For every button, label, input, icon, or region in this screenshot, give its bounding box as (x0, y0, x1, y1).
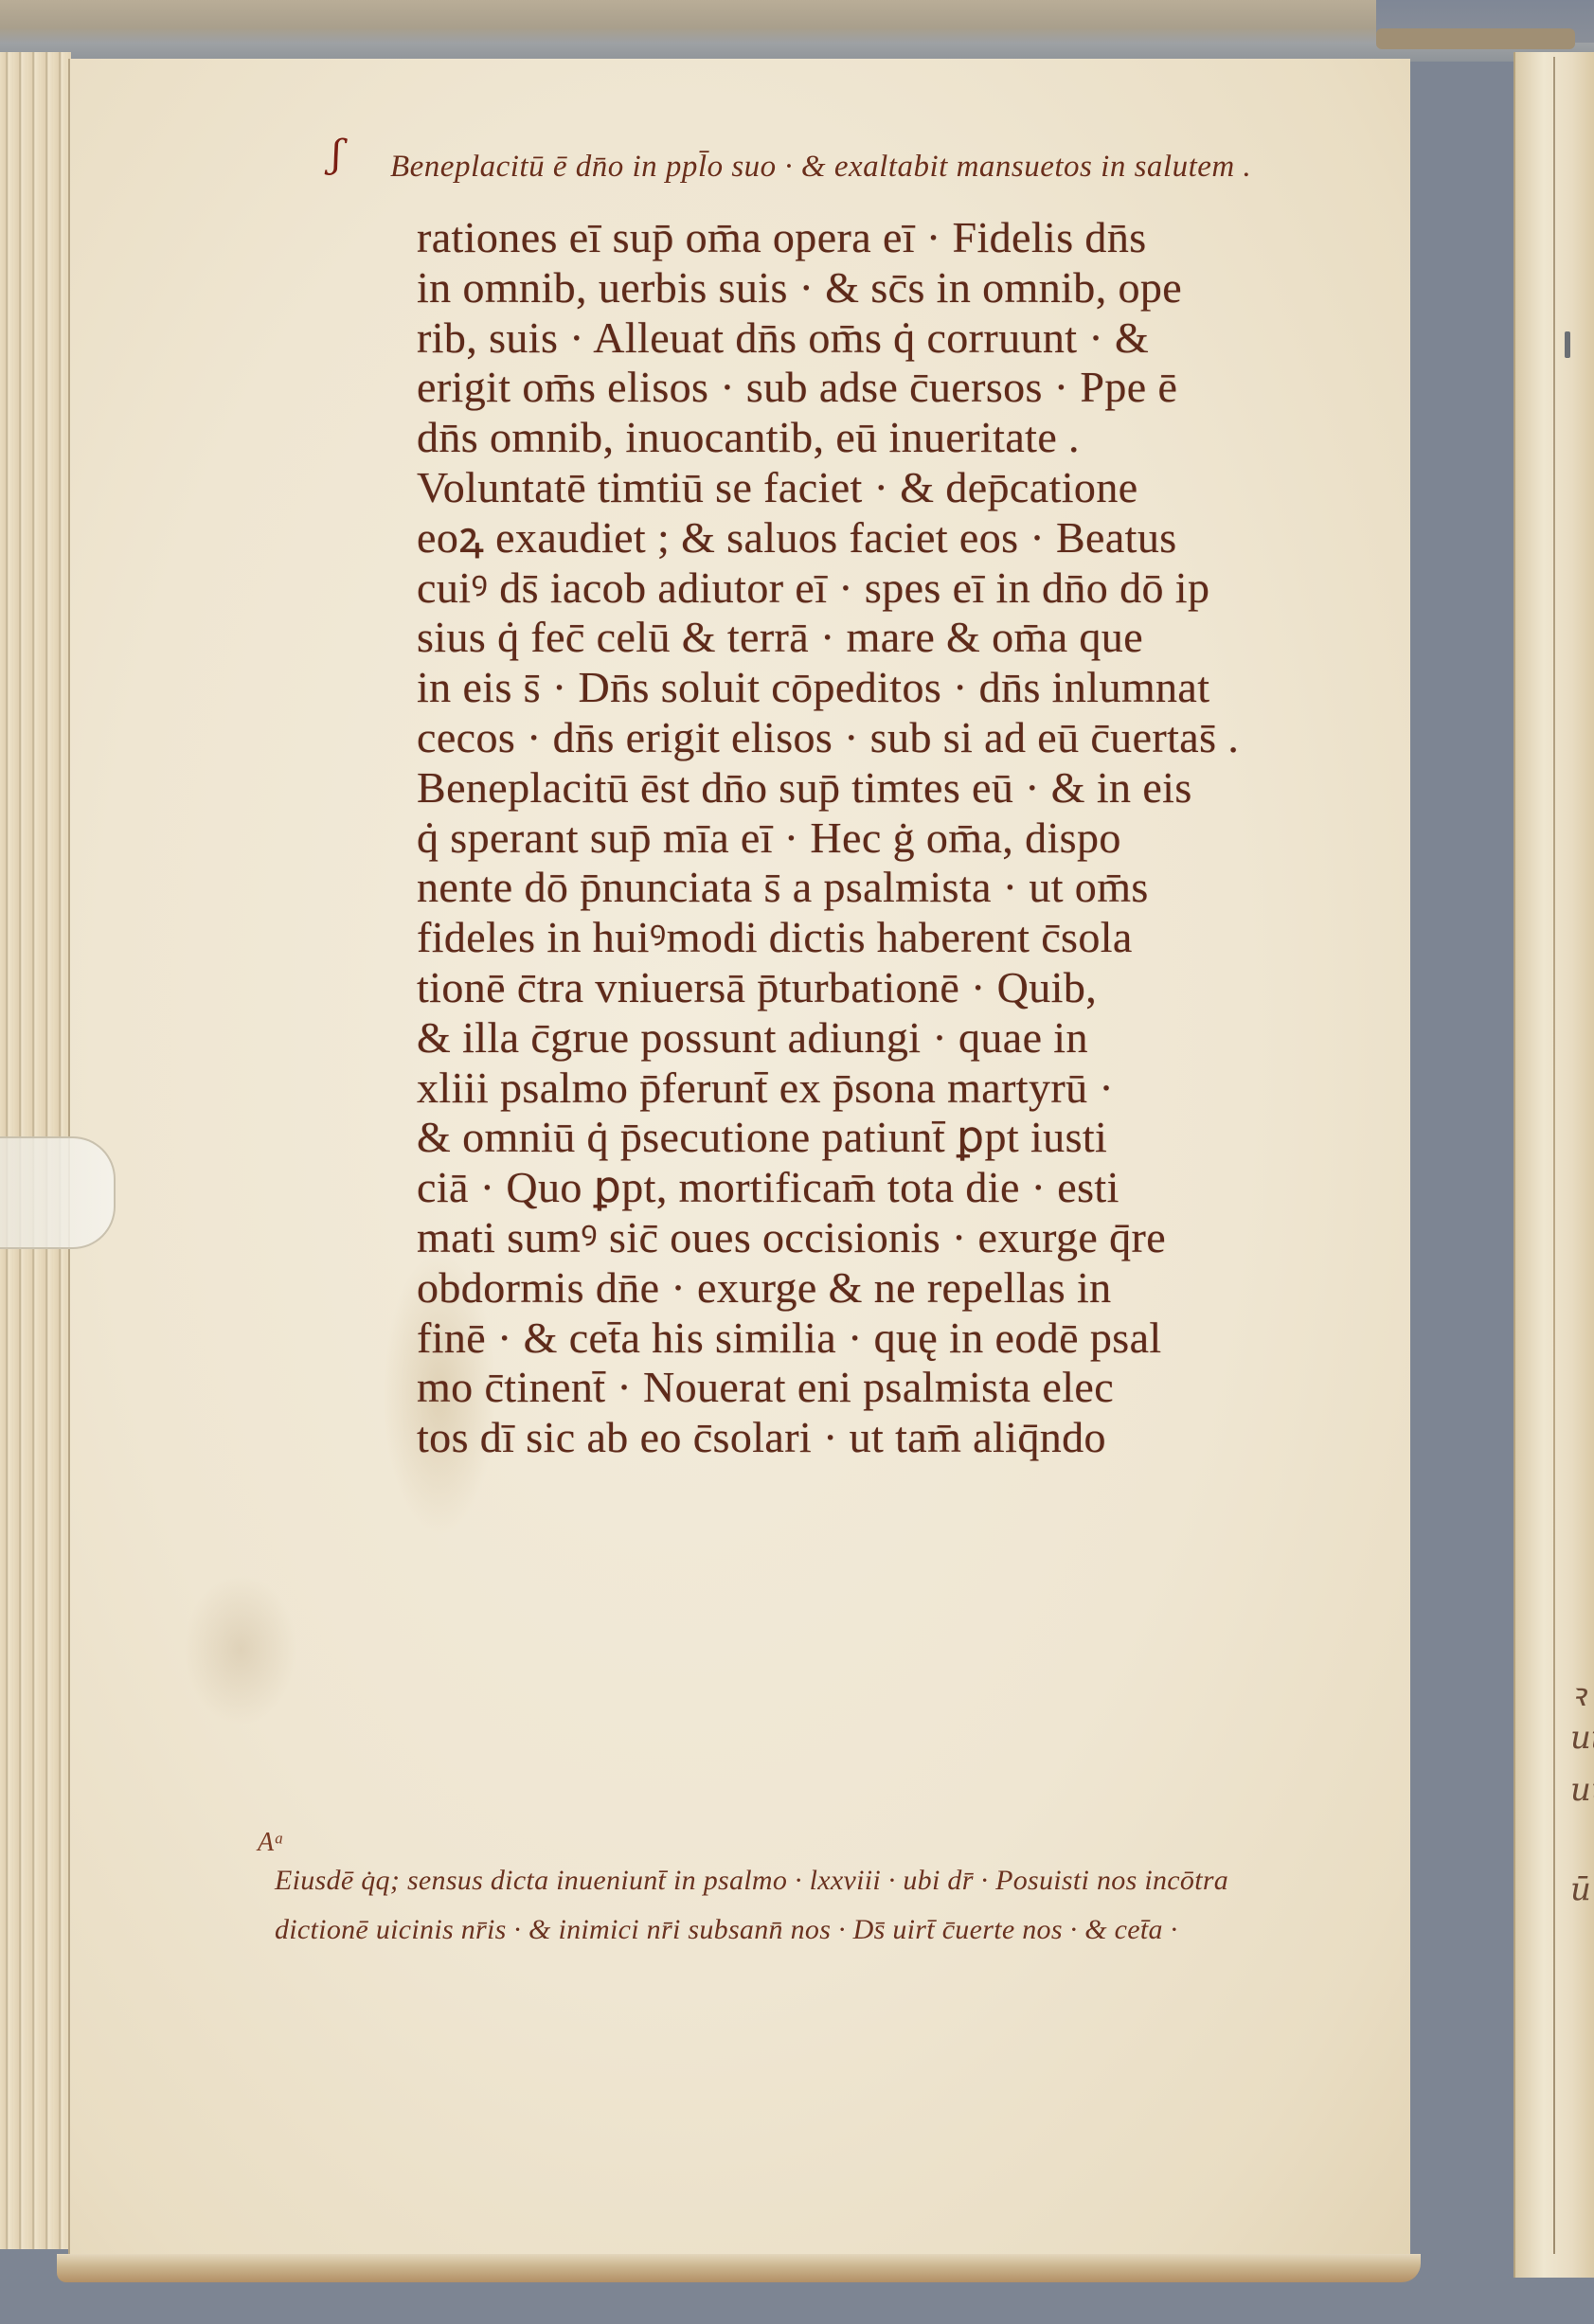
footnote-marker: Aᵃ (258, 1828, 284, 1858)
text-line: tionē c̄tra vniuersā p̄turbationē · Quib… (417, 963, 1478, 1013)
footnote-line: Eiusdē q̇q; sensus dicta inueniunt̄ in p… (275, 1856, 1506, 1905)
text-line: Voluntatē timtiū se faciet · & dep̄catio… (417, 463, 1478, 513)
text-line: erigit om̄s elisos · sub adse c̄uersos ·… (417, 363, 1478, 413)
text-line: rationes eī sup̄ om̄a opera eī · Fidelis… (417, 213, 1478, 263)
text-line: finē · & cet̄a his similia · quę in eodē… (417, 1314, 1478, 1364)
text-line: eoꝝ exaudiet ; & saluos faciet eos · Bea… (417, 513, 1478, 563)
text-line: in eis s̄ · Dn̄s soluit cōpeditos · dn̄s… (417, 663, 1478, 713)
text-line: & omniū q̇ p̄secutione patiunt̄ ꝑpt iust… (417, 1113, 1478, 1163)
facing-page-fragment: ū· (1570, 1870, 1594, 1908)
facing-page-fragment: ut (1570, 1719, 1594, 1757)
heading-verse: Beneplacitū ē dn̄o in ppl̄o suo · & exal… (390, 150, 1508, 185)
text-line: cuiꝰ ds̄ iacob adiutor eī · spes eī in d… (417, 563, 1478, 614)
text-line: q̇ sperant sup̄ mīa eī · Hec ġ om̄a, dis… (417, 813, 1478, 864)
footnote-block: Eiusdē q̇q; sensus dicta inueniunt̄ in p… (275, 1856, 1506, 1955)
text-line: Beneplacitū ēst dn̄o sup̄ timtes eū · & … (417, 763, 1478, 813)
facing-page-fragment: uu (1570, 1771, 1594, 1809)
text-line: xliii psalmo p̄ferunt̄ ex p̄sona martyrū… (417, 1064, 1478, 1114)
facing-page-fragment: ꝛ (1570, 1671, 1585, 1715)
text-line: mo c̄tinent̄ · Nouerat eni psalmista ele… (417, 1363, 1478, 1413)
text-line: tos dī sic ab eo c̄solari · ut tam̄ aliq… (417, 1413, 1478, 1463)
gutter-fold (1553, 57, 1555, 2254)
main-text-block: rationes eī sup̄ om̄a opera eī · Fidelis… (417, 213, 1478, 1463)
text-line: obdormis dn̄e · exurge & ne repellas in (417, 1263, 1478, 1314)
text-line: nente dō p̄nunciata s̄ a psalmista · ut … (417, 863, 1478, 913)
text-line: rib, suis · Alleuat dn̄s om̄s q̇ corruun… (417, 313, 1478, 364)
text-line: cecos · dn̄s erigit elisos · sub si ad e… (417, 713, 1478, 763)
book-top-edge (0, 0, 1594, 62)
text-line: dn̄s omnib, inuocantib, eū inueritate . (417, 413, 1478, 463)
text-line: in omnib, uerbis suis · & sc̄s in omnib,… (417, 263, 1478, 313)
text-line: sius q̇ fec̄ celū & terrā · mare & om̄a … (417, 613, 1478, 663)
page-clip-holder (0, 1136, 116, 1249)
paragraph-mark: ʃ (331, 133, 342, 176)
margin-mark (1565, 331, 1570, 358)
book-bottom-edge (57, 2254, 1421, 2282)
binding-edge (1376, 28, 1575, 49)
text-line: fideles in huiꝰmodi dictis haberent c̄so… (417, 913, 1478, 963)
text-line: mati sumꝰ sic̄ oues occisionis · exurge … (417, 1213, 1478, 1263)
stain (184, 1574, 297, 1725)
footnote-line: dictionē uicinis nr̄is · & inimici nr̄i … (275, 1905, 1506, 1955)
text-line: & illa c̄grue possunt adiungi · quae in (417, 1013, 1478, 1064)
text-line: ciā · Quo ꝑpt, mortificam̄ tota die · es… (417, 1163, 1478, 1213)
